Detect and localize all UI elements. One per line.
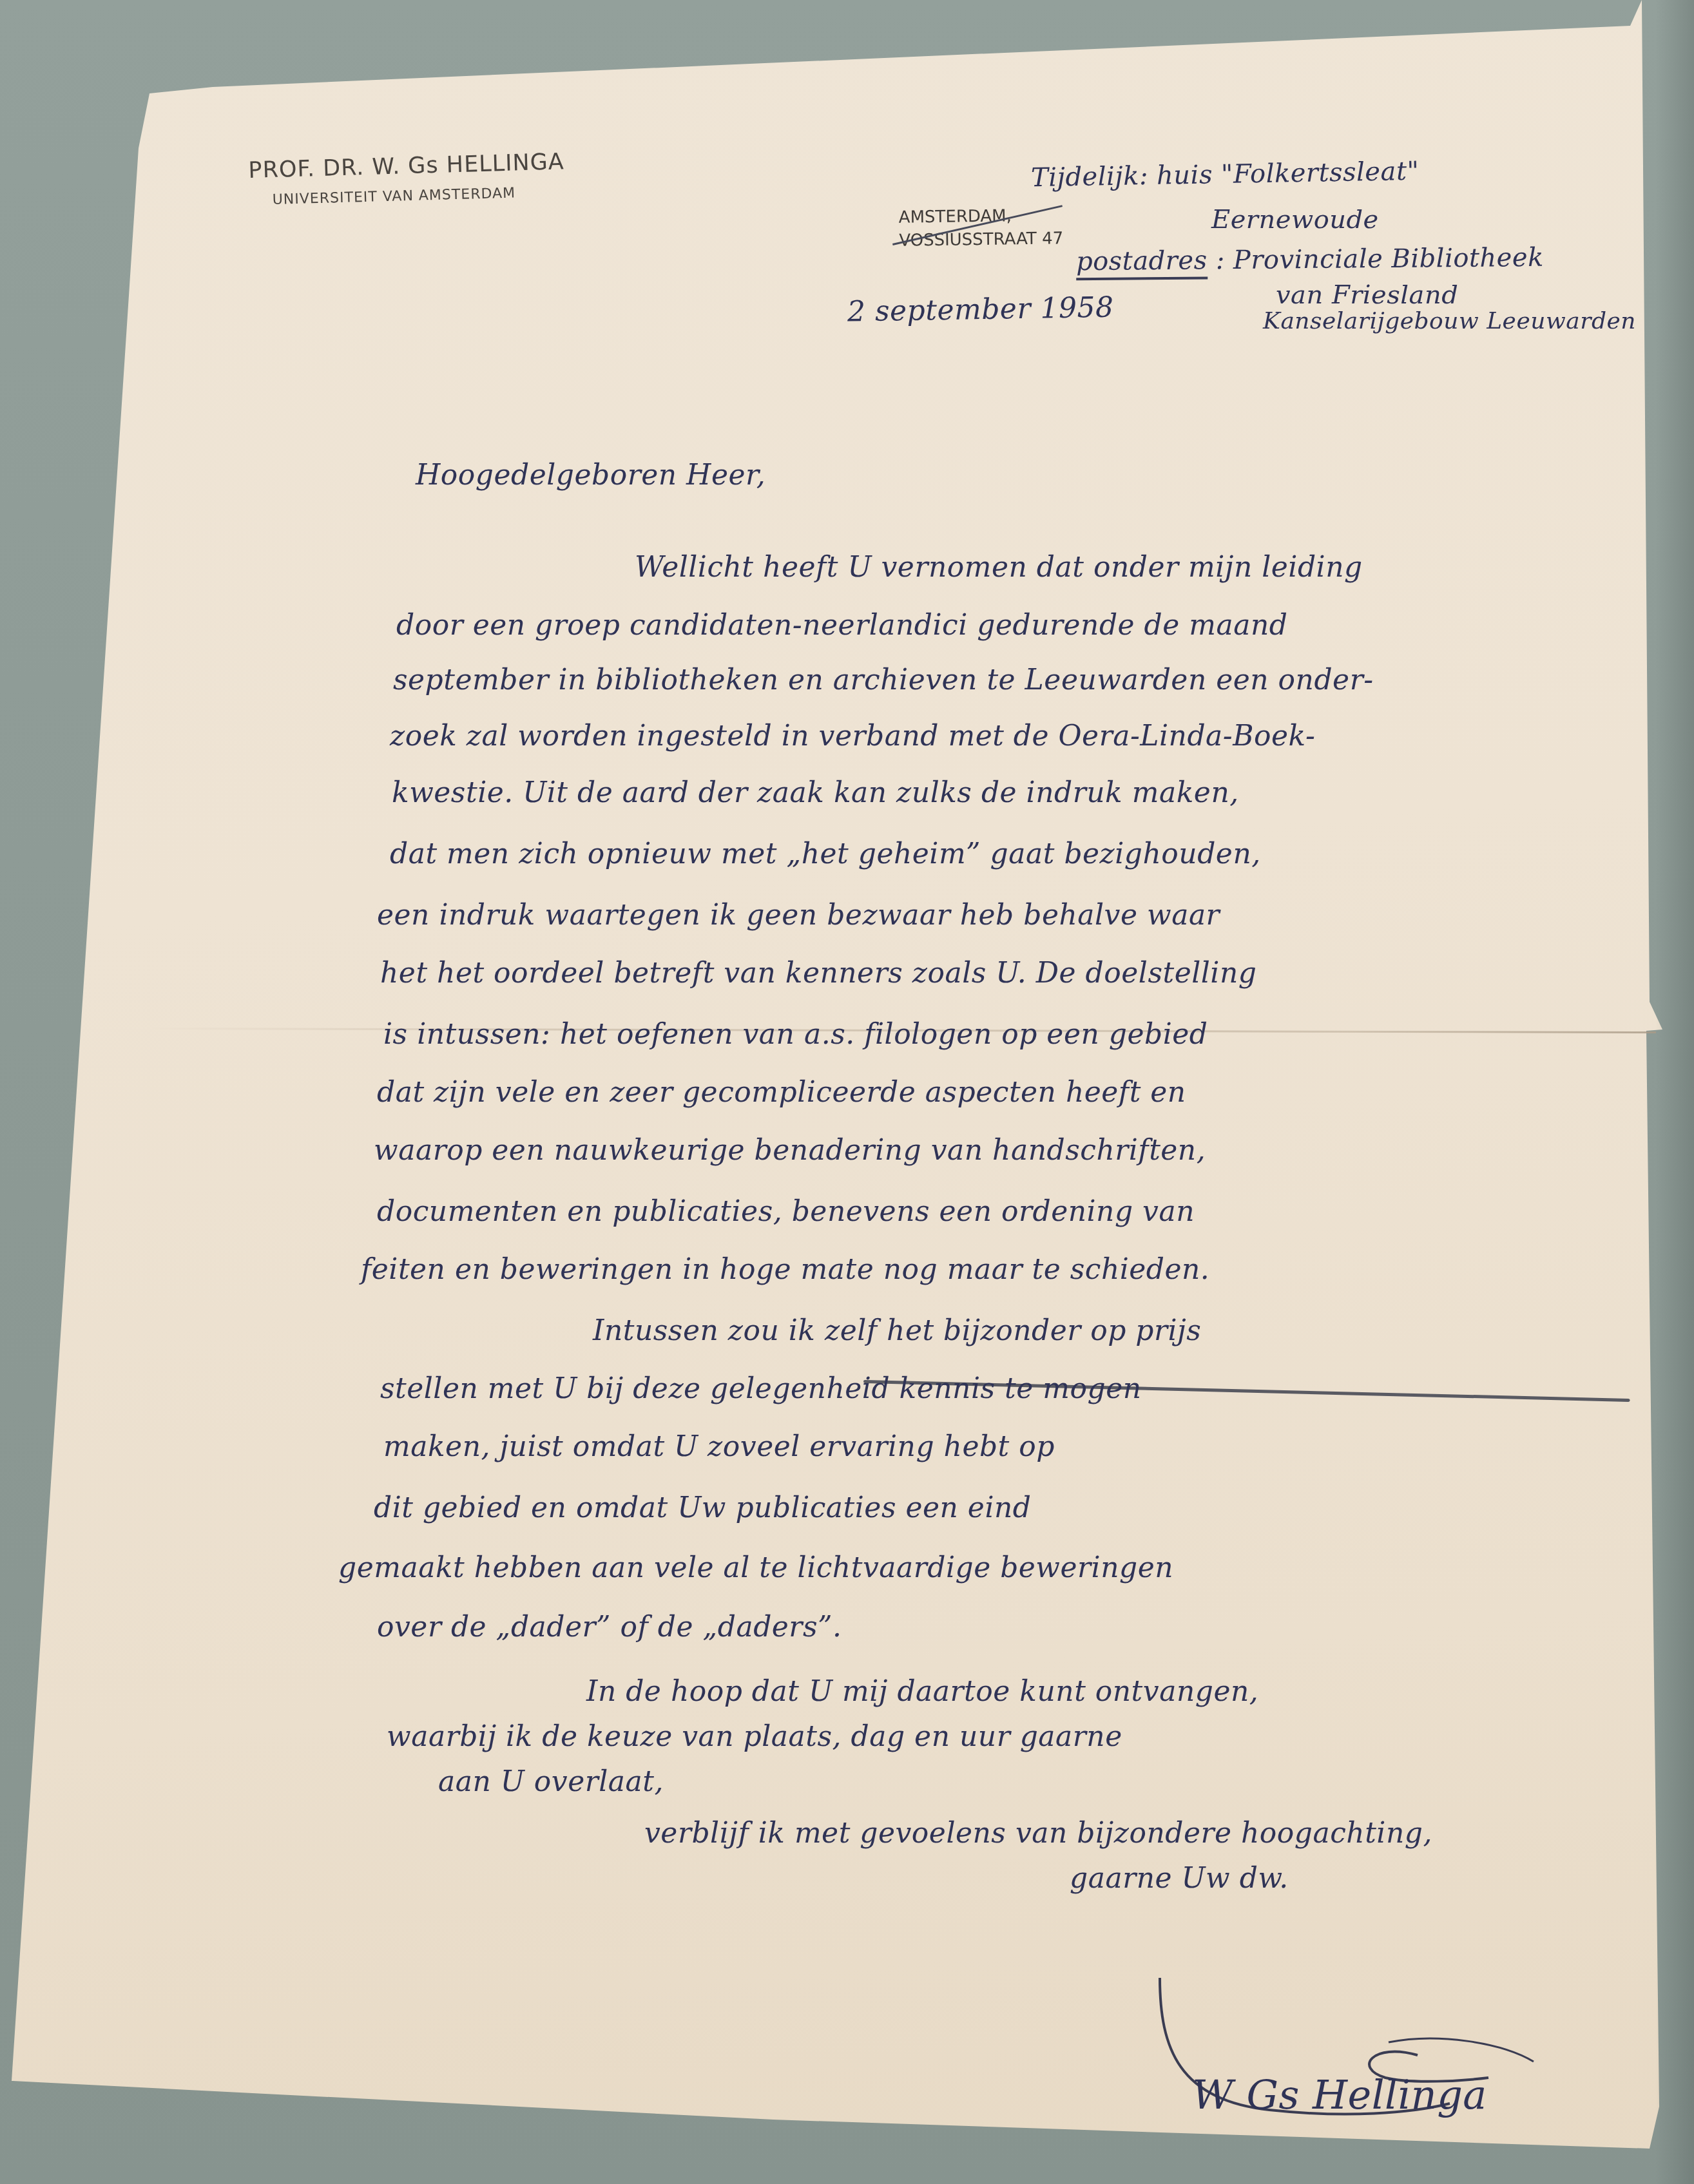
letter-date: 2 september 1958 [847, 291, 1114, 328]
body-line: Wellicht heeft U vernomen dat onder mijn… [635, 551, 1363, 584]
postal-line3: Kanselarijgebouw Leeuwarden [1263, 308, 1636, 334]
body-line: documenten en publicaties, benevens een … [377, 1195, 1195, 1228]
body-line: stellen met U bij deze gelegenheid kenni… [380, 1372, 1142, 1405]
printed-street-struck: VOSSIUSSTRAAT 47 [899, 227, 1063, 253]
body-line: Intussen zou ik zelf het bijzonder op pr… [593, 1314, 1201, 1347]
signature: W Gs Hellinga [1192, 2071, 1487, 2118]
paper-shadow [1655, 0, 1694, 2184]
body-line: over de „dader” of de „daders”. [377, 1611, 842, 1643]
body-line: In de hoop dat U mij daartoe kunt ontvan… [586, 1675, 1258, 1708]
temporary-label: Tijdelijk: [1031, 161, 1149, 193]
body-line: kwestie. Uit de aard der zaak kan zulks … [392, 776, 1239, 809]
printed-street: VOSSIUSSTRAAT 47 [899, 229, 1063, 251]
salutation: Hoogedelgeboren Heer, [416, 459, 765, 492]
body-line: gemaakt hebben aan vele al te lichtvaard… [338, 1551, 1173, 1584]
body-line: is intussen: het oefenen van a.s. filolo… [383, 1018, 1208, 1051]
body-line: waarbij ik de keuze van plaats, dag en u… [387, 1720, 1122, 1753]
body-line: zoek zal worden ingesteld in verband met… [390, 720, 1315, 752]
temporary-location: huis "Folkertssleat" [1157, 157, 1420, 191]
printed-address: AMSTERDAM, VOSSIUSSTRAAT 47 [899, 204, 1064, 253]
body-line: het het oordeel betreft van kenners zoal… [380, 957, 1256, 990]
body-line: verblijf ik met gevoelens van bijzondere… [644, 1817, 1432, 1850]
letterhead: PROF. DR. W. Gs HELLINGA UNIVERSITEIT VA… [248, 149, 565, 209]
postal-address: postadres : Provinciale Bibliotheek [1076, 243, 1544, 276]
body-line: aan U overlaat, [438, 1765, 664, 1798]
temporary-town: Eernewoude [1211, 205, 1379, 235]
body-line: dat men zich opnieuw met „het geheim” ga… [390, 838, 1261, 870]
body-line: maken, juist omdat U zoveel ervaring heb… [383, 1430, 1055, 1463]
body-line: feiten en beweringen in hoge mate nog ma… [361, 1253, 1209, 1286]
body-line: waarop een nauwkeurige benadering van ha… [374, 1134, 1206, 1167]
body-line: dat zijn vele en zeer gecompliceerde asp… [377, 1076, 1186, 1109]
postal-line2: van Friesland [1276, 280, 1458, 310]
postal-label: postadres [1076, 245, 1208, 280]
body-line: door een groep candidaten-neerlandici ge… [396, 609, 1287, 642]
body-line: dit gebied en omdat Uw publicaties een e… [374, 1491, 1031, 1524]
body-line: september in bibliotheken en archieven t… [393, 664, 1374, 696]
postal-line1: : Provinciale Bibliotheek [1216, 243, 1544, 275]
body-line: een indruk waartegen ik geen bezwaar heb… [377, 899, 1220, 932]
closing-line: gaarne Uw dw. [1070, 1862, 1289, 1895]
